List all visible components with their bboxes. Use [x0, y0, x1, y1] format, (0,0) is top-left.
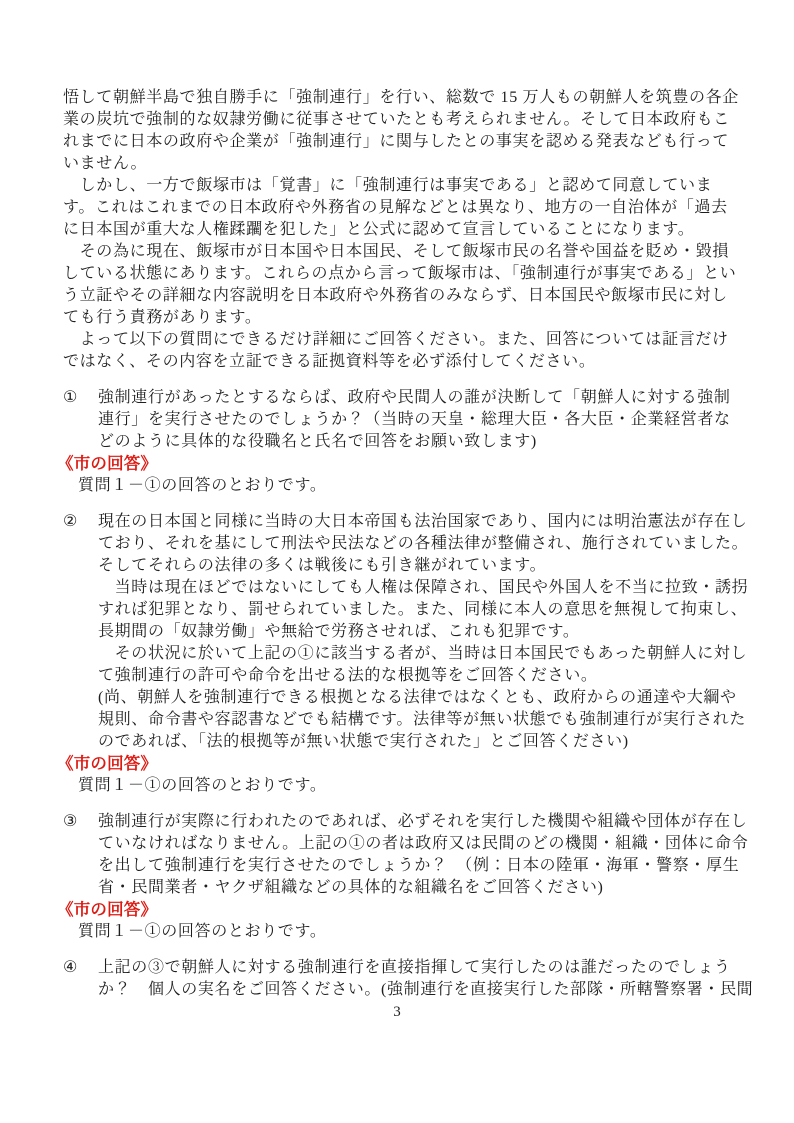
paragraph: その為に現在、飯塚市が日本国や日本国民、そして飯塚市民の名誉や国益を貶め・毀損し…: [63, 241, 732, 329]
text-line: う立証やその詳細な内容説明を日本政府や外務省のみならず、日本国民や飯塚市民に対し: [63, 285, 732, 307]
text-line: している状態にあります。これらの点から言って飯塚市は、「強制連行が事実である」と…: [63, 263, 732, 285]
document-page: 悟して朝鮮半島で独自勝手に「強制連行」を行い、総数で 15 万人もの朝鮮人を筑豊…: [0, 0, 794, 1123]
paragraph: よって以下の質問にできるだけ詳細にご回答ください。また、回答については証言だけで…: [63, 329, 732, 373]
text-line: れまでに日本の政府や企業が「強制連行」に関与したとの事実を認める発表なども行って: [63, 131, 732, 153]
text-line: その状況に於いて上記の①に該当する者が、当時は日本国民でもあった朝鮮人に対し: [98, 643, 748, 665]
text-line: す。これはこれまでの日本政府や外務省の見解などとは異なり、地方の一自治体が「過去: [63, 197, 732, 219]
answer-heading: 《市の回答》: [57, 753, 732, 775]
text-line: ており、それを基にして刑法や民法などの各種法律が整備され、施行されていました。: [98, 533, 748, 555]
text-line: (尚、朝鮮人を強制連行できる根拠となる法律ではなくとも、政府からの通達や大綱や: [98, 687, 748, 709]
text-line: その為に現在、飯塚市が日本国や日本国民、そして飯塚市民の名誉や国益を貶め・毀損: [63, 241, 732, 263]
text-line: 連行」を実行させたのでしょうか？（当時の天皇・総理大臣・各大臣・企業経営者な: [98, 409, 732, 431]
question-item: ①強制連行があったとするならば、政府や民間人の誰が決断して「朝鮮人に対する強制連…: [63, 387, 732, 453]
question-text: 現在の日本国と同様に当時の大日本帝国も法治国家であり、国内には明治憲法が存在して…: [98, 511, 748, 753]
question-text: 強制連行があったとするならば、政府や民間人の誰が決断して「朝鮮人に対する強制連行…: [98, 387, 732, 453]
question-number: ④: [63, 957, 98, 979]
text-line: 省・民間業者・ヤクザ組織などの具体的な組織名をご回答ください): [98, 877, 748, 899]
text-line: のであれば、「法的根拠等が無い状態で実行された」とご回答ください): [98, 731, 748, 753]
text-line: ていなければなりません。上記の①の者は政府又は民間のどの機関・組織・団体に命令: [98, 833, 748, 855]
text-line: ても行う責務があります。: [63, 307, 732, 329]
text-line: 規則、命令書や容認書などでも結構です。法律等が無い状態でも強制連行が実行された: [98, 709, 748, 731]
text-line: しかし、一方で飯塚市は「覚書」に「強制連行は事実である」と認めて同意していま: [63, 175, 732, 197]
text-line: いません。: [63, 153, 732, 175]
text-line: どのように具体的な役職名と氏名で回答をお願い致します): [98, 431, 732, 453]
question-item: ②現在の日本国と同様に当時の大日本帝国も法治国家であり、国内には明治憲法が存在し…: [63, 511, 732, 753]
question-text: 上記の③で朝鮮人に対する強制連行を直接指揮して実行したのは誰だったのでしょうか？…: [98, 957, 753, 1001]
text-line: 業の炭坑で強制的な奴隷労働に従事させていたとも考えられません。そして日本政府もこ: [63, 109, 732, 131]
answer-heading: 《市の回答》: [57, 453, 732, 475]
text-line: に日本国が重大な人権蹂躙を犯した」と公式に認めて宣言していることになります。: [63, 219, 732, 241]
paragraph: しかし、一方で飯塚市は「覚書」に「強制連行は事実である」と認めて同意しています。…: [63, 175, 732, 241]
text-line: 強制連行が実際に行われたのであれば、必ずそれを実行した機関や組織や団体が存在し: [98, 811, 748, 833]
text-line: ではなく、その内容を立証できる証拠資料等を必ず添付してください。: [63, 351, 732, 373]
text-line: て強制連行の許可や命令を出せる法的な根拠等をご回答ください。: [98, 665, 748, 687]
answer-text: 質問１－①の回答のとおりです。: [63, 921, 732, 943]
text-line: すれば犯罪となり、罰せられていました。また、同様に本人の意思を無視して拘束し、: [98, 599, 748, 621]
text-line: よって以下の質問にできるだけ詳細にご回答ください。また、回答については証言だけ: [63, 329, 732, 351]
document-content: 悟して朝鮮半島で独自勝手に「強制連行」を行い、総数で 15 万人もの朝鮮人を筑豊…: [63, 87, 732, 1001]
answer-text: 質問１－①の回答のとおりです。: [63, 475, 732, 497]
question-number: ②: [63, 511, 98, 533]
text-line: 長期間の「奴隷労働」や無給で労務させれば、これも犯罪です。: [98, 621, 748, 643]
text-line: 上記の③で朝鮮人に対する強制連行を直接指揮して実行したのは誰だったのでしょう: [98, 957, 753, 979]
paragraph: 悟して朝鮮半島で独自勝手に「強制連行」を行い、総数で 15 万人もの朝鮮人を筑豊…: [63, 87, 732, 175]
text-line: を出して強制連行を実行させたのでしょうか？ （例：日本の陸軍・海軍・警察・厚生: [98, 855, 748, 877]
question-item: ④上記の③で朝鮮人に対する強制連行を直接指揮して実行したのは誰だったのでしょうか…: [63, 957, 732, 1001]
question-number: ①: [63, 387, 98, 409]
question-text: 強制連行が実際に行われたのであれば、必ずそれを実行した機関や組織や団体が存在して…: [98, 811, 748, 899]
answer-text: 質問１－①の回答のとおりです。: [63, 775, 732, 797]
question-item: ③強制連行が実際に行われたのであれば、必ずそれを実行した機関や組織や団体が存在し…: [63, 811, 732, 899]
question-number: ③: [63, 811, 98, 833]
text-line: そしてそれらの法律の多くは戦後にも引き継がれています。: [98, 555, 748, 577]
answer-heading: 《市の回答》: [57, 899, 732, 921]
text-line: 悟して朝鮮半島で独自勝手に「強制連行」を行い、総数で 15 万人もの朝鮮人を筑豊…: [63, 87, 732, 109]
text-line: 強制連行があったとするならば、政府や民間人の誰が決断して「朝鮮人に対する強制: [98, 387, 732, 409]
text-line: 現在の日本国と同様に当時の大日本帝国も法治国家であり、国内には明治憲法が存在し: [98, 511, 748, 533]
page-number: 3: [0, 1001, 794, 1023]
text-line: か？ 個人の実名をご回答ください。(強制連行を直接実行した部隊・所轄警察署・民間: [98, 979, 753, 1001]
text-line: 当時は現在ほどではないにしても人権は保障され、国民や外国人を不当に拉致・誘拐: [98, 577, 748, 599]
